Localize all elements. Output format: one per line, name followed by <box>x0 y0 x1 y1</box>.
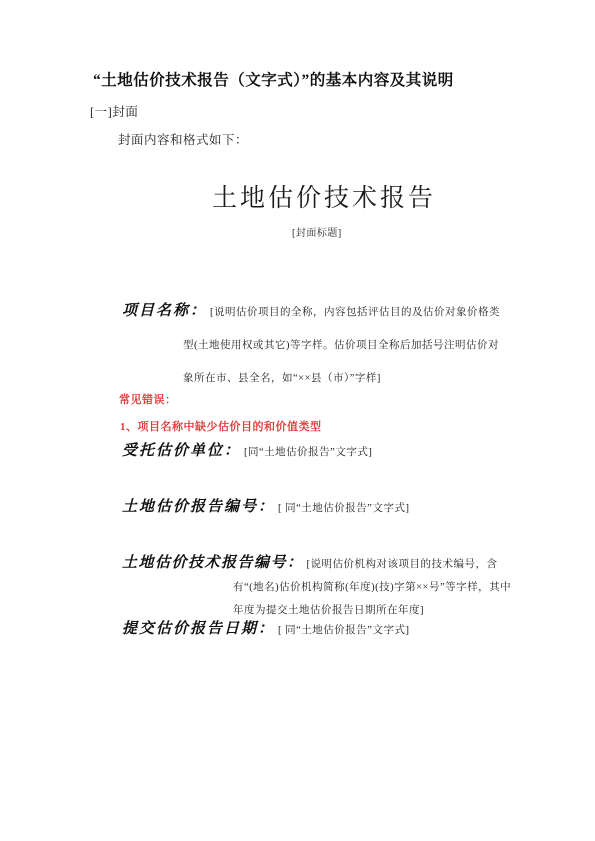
field-entrusted-unit-desc: [同“土地估价报告”文字式] <box>244 447 372 458</box>
field-project-name: 项目名称：[说明估价项目的全称，内容包括评估目的及估价对象价格类型(土地使用权或… <box>122 295 505 394</box>
field-project-name-desc: [说明估价项目的全称，内容包括评估目的及估价对象价格类型(土地使用权或其它)等字… <box>183 307 500 384</box>
field-tech-report-number-label: 土地估价技术报告编号： <box>122 555 304 571</box>
field-entrusted-unit-label: 受托估价单位： <box>122 443 241 459</box>
section-heading-cover: [一]封面 <box>90 102 138 120</box>
common-errors-heading: 常见错误： <box>119 391 177 407</box>
cover-title: 土地估价技术报告 <box>212 178 436 214</box>
field-project-name-label: 项目名称： <box>122 303 207 319</box>
document-page: “土地估价技术报告（文字式）”的基本内容及其说明 [一]封面 封面内容和格式如下… <box>0 0 595 841</box>
field-submit-date-label: 提交估价报告日期： <box>122 621 275 637</box>
intro-text: 封面内容和格式如下： <box>118 130 248 148</box>
field-report-number: 土地估价报告编号：[ 同“土地估价报告”文字式] <box>122 496 409 519</box>
field-submit-date: 提交估价报告日期：[ 同“土地估价报告”文字式] <box>122 618 409 641</box>
field-report-number-label: 土地估价报告编号： <box>122 499 275 515</box>
field-submit-date-desc: [ 同“土地估价报告”文字式] <box>278 625 409 636</box>
common-error-item-1: 1、项目名称中缺少估价目的和价值类型 <box>120 418 322 434</box>
field-report-number-desc: [ 同“土地估价报告”文字式] <box>278 503 409 514</box>
field-tech-report-number: 土地估价技术报告编号：[说明估价机构对该项目的技术编号，含有“(地名)估价机构简… <box>122 552 514 621</box>
document-title: “土地估价技术报告（文字式）”的基本内容及其说明 <box>93 68 454 90</box>
field-entrusted-unit: 受托估价单位：[同“土地估价报告”文字式] <box>122 440 372 463</box>
cover-caption: [封面标题] <box>292 224 342 239</box>
